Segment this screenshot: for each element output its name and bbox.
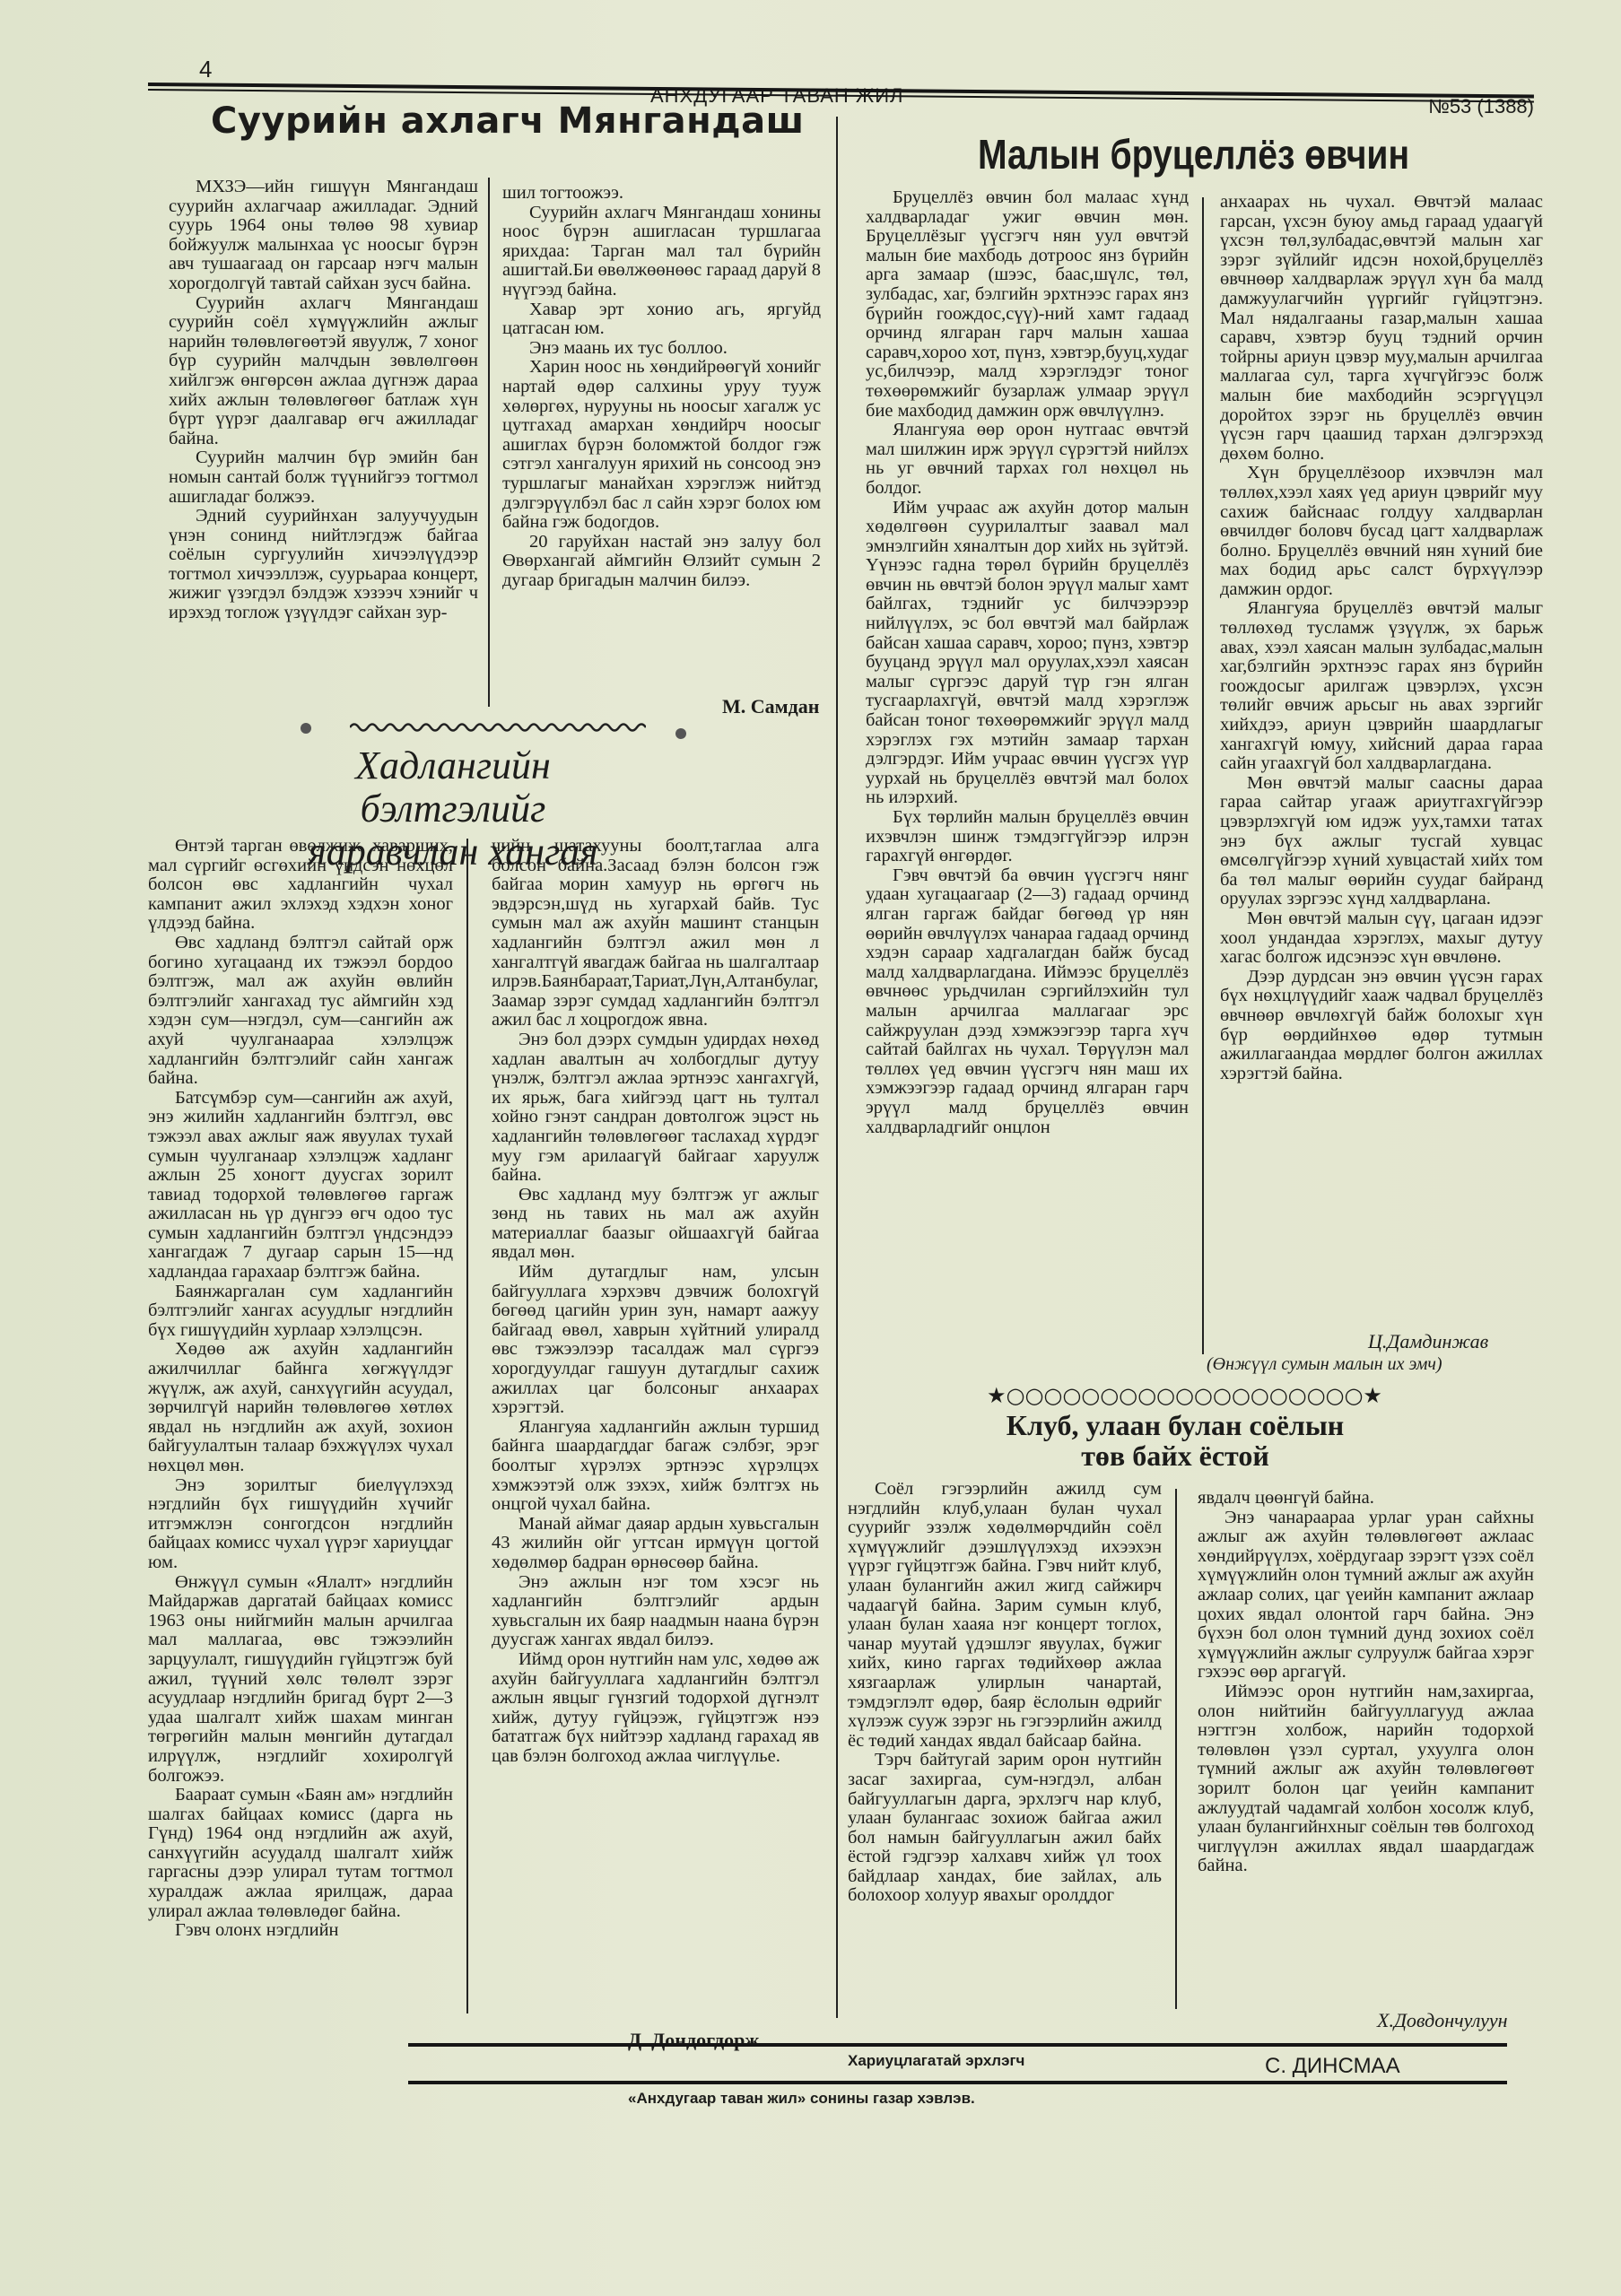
paragraph: Мөн өвчтэй малыг саасны дараа гараа сайт… [1220,774,1543,909]
footer-rule-top [408,2043,1507,2047]
paragraph: Хөдөө аж ахуйн хадлангийн ажилчиллаг бай… [148,1340,453,1475]
paragraph: Энэ зорилтыг биелүүлэхэд нэгдлийн бүх ги… [148,1476,453,1573]
title-line-1: Хадлангийн бэлтгэлийг [355,744,551,831]
paragraph: Суурийн ахлагч Мянгандаш хонины ноос бүр… [502,204,821,300]
article-suur-col1: МХЗЭ—ийн гишүүн Мянгандаш суурийн ахлагч… [169,178,478,623]
paragraph: Энэ бол дээрх сумдын удирдах нөхөд хадла… [492,1031,819,1186]
article-club-col1: Соёл гэгээрлийн ажилд сум нэгдлийн клуб,… [848,1480,1162,1906]
paragraph: Хүн бруцеллёзоор ихэвчлэн мал төллөх,хээ… [1220,464,1543,599]
printer-line: «Анхдугаар таван жил» сонины газар хэвлэ… [628,2090,975,2108]
paragraph: Мөн өвчтэй малын сүү, цагаан идээг хоол … [1220,909,1543,968]
paragraph: Өвс хадланд бэлтгэл сайтай орж богино ху… [148,934,453,1089]
paragraph: шил тогтоожээ. [502,184,821,204]
title-line-2: төв байх ёстой [1081,1439,1269,1472]
paragraph: Ялангуяа бруцеллёз өвчтэй малыг төллөхөд… [1220,599,1543,773]
editor-name: С. ДИНСМАА [1265,2054,1400,2079]
paragraph: Суурийн ахлагч Мянгандаш суурийн соёл хү… [169,294,478,449]
paragraph: Бүх төрлийн малын бруцеллёз өвчин ихэвчл… [866,808,1189,866]
paragraph: Энэ ажлын нэг том хэсэг нь хадлангийн бэ… [492,1573,819,1650]
newspaper-page: 4 АНХДУГААР ТАВАН ЖИЛ №53 (1388) Суурийн… [0,0,1621,2296]
paragraph: Энэ маань их тус боллоо. [502,339,821,359]
paragraph: анхаарах нь чухал. Өвчтэй малаас гарсан,… [1220,193,1543,464]
editor-label: Хариуцлагатай эрхлэгч [848,2052,1024,2070]
paragraph: Баянжаргалан сум хадлангийн бэлтгэлийг х… [148,1283,453,1341]
ornament-divider: ★○○○○○○○○○○○○○○○○○○○★ [987,1383,1382,1408]
column-divider [1175,1489,1177,2009]
wavy-separator [350,721,646,734]
article-bruc-col1: Бруцеллёз өвчин бол малаас хүнд халдварл… [866,188,1189,1137]
paragraph: Иймд орон нутгийн нам улс, хөдөө аж ахуй… [492,1650,819,1767]
signature-dovdonchuluun: Х.Довдончулуун [1377,2009,1508,2032]
article-title-suur: Суурийн ахлагч Мянгандаш [211,100,805,142]
paragraph: Өнтэй тарган өвөлжиж, хаварших, мал сүрг… [148,837,453,934]
paragraph: Өвс хадланд муу бэлтгэж уг ажлыг зөнд нь… [492,1186,819,1263]
signature-samdan: М. Самдан [722,695,819,718]
signature-damdinjav-role: (Өнжүүл сумын малын их эмч) [1207,1354,1442,1375]
article-club-col2: явдалч цөөнгүй байна.Энэ чанараараа урла… [1198,1489,1534,1876]
separator-dot-left [301,723,311,734]
signature-dondogdorj: Д. Дондогдорж [628,2029,759,2052]
column-divider [1202,197,1204,1354]
paragraph: Хавар эрт хонио агь, яргуйд цатгасан юм. [502,300,821,339]
issue-number: №53 (1388) [1428,95,1534,118]
article-title-bruc: Малын бруцеллёз өвчин [978,130,1409,178]
paragraph: Гэвч олонх нэгдлийн [148,1921,453,1941]
paragraph: Суурийн малчин бүр эмийн бан номын санта… [169,448,478,507]
paragraph: явдалч цөөнгүй байна. [1198,1489,1534,1509]
center-divider [836,117,838,2018]
paragraph: Ийм дутагдлыг нам, улсын байгууллага хэр… [492,1263,819,1418]
paragraph: Энэ чанараараа урлаг уран сайхны ажлыг а… [1198,1509,1534,1683]
paragraph: Иймээс орон нутгийн нам,захиргаа, олон н… [1198,1683,1534,1876]
title-line-1: Клуб, улаан булан соёлын [1007,1409,1344,1441]
paragraph: Тэрч байтугай зарим орон нутгийн засаг з… [848,1751,1162,1906]
paragraph: Ийм учраас аж ахуйн дотор малын хөдөлгөө… [866,499,1189,809]
article-title-club: Клуб, улаан булан соёлын төв байх ёстой [978,1410,1373,1471]
article-suur-col2: шил тогтоожээ.Суурийн ахлагч Мянгандаш х… [502,184,821,590]
article-hadlan-col2: чийн шатахууны боолт,таглаа алга болсон … [492,837,819,1767]
paragraph: МХЗЭ—ийн гишүүн Мянгандаш суурийн ахлагч… [169,178,478,294]
paragraph: Батсүмбэр сум—сангийн аж ахуй, энэ жилий… [148,1089,453,1283]
paragraph: Ялангуяа өөр орон нутгаас өвчтэй мал шил… [866,421,1189,498]
paragraph: Соёл гэгээрлийн ажилд сум нэгдлийн клуб,… [848,1480,1162,1751]
column-divider [466,839,468,2013]
paragraph: 20 гаруйхан настай энэ залуу бол Өвөрхан… [502,533,821,591]
paragraph: Баараат сумын «Баян ам» нэгдлийн шалгах … [148,1786,453,1921]
paragraph: Эдний суурийнхан залуучуудын үнэн сонинд… [169,507,478,623]
column-divider [488,178,490,707]
paragraph: Ялангуяа хадлангийн ажлын туршид байнга … [492,1418,819,1515]
footer-rule-bottom [408,2081,1507,2084]
paragraph: Гэвч өвчтэй ба өвчин үүсгэгч нянг удаан … [866,866,1189,1137]
separator-dot-right [675,728,686,739]
paragraph: Манай аймаг даяар ардын хувьсгалын 43 жи… [492,1515,819,1573]
paragraph: Өнжүүл сумын «Ялалт» нэгдлийн Майдаржав … [148,1573,453,1787]
paragraph: Бруцеллёз өвчин бол малаас хүнд халдварл… [866,188,1189,421]
article-hadlan-col1: Өнтэй тарган өвөлжиж, хаварших, мал сүрг… [148,837,453,1941]
signature-damdinjav: Ц.Дамдинжав [1368,1330,1488,1353]
paragraph: чийн шатахууны боолт,таглаа алга болсон … [492,837,819,1031]
article-bruc-col2: анхаарах нь чухал. Өвчтэй малаас гарсан,… [1220,193,1543,1083]
paragraph: Дээр дурдсан энэ өвчин үүсэн гарах бүх н… [1220,968,1543,1084]
paragraph: Харин ноос нь хөндийрөөгүй хонийг нартай… [502,358,821,532]
